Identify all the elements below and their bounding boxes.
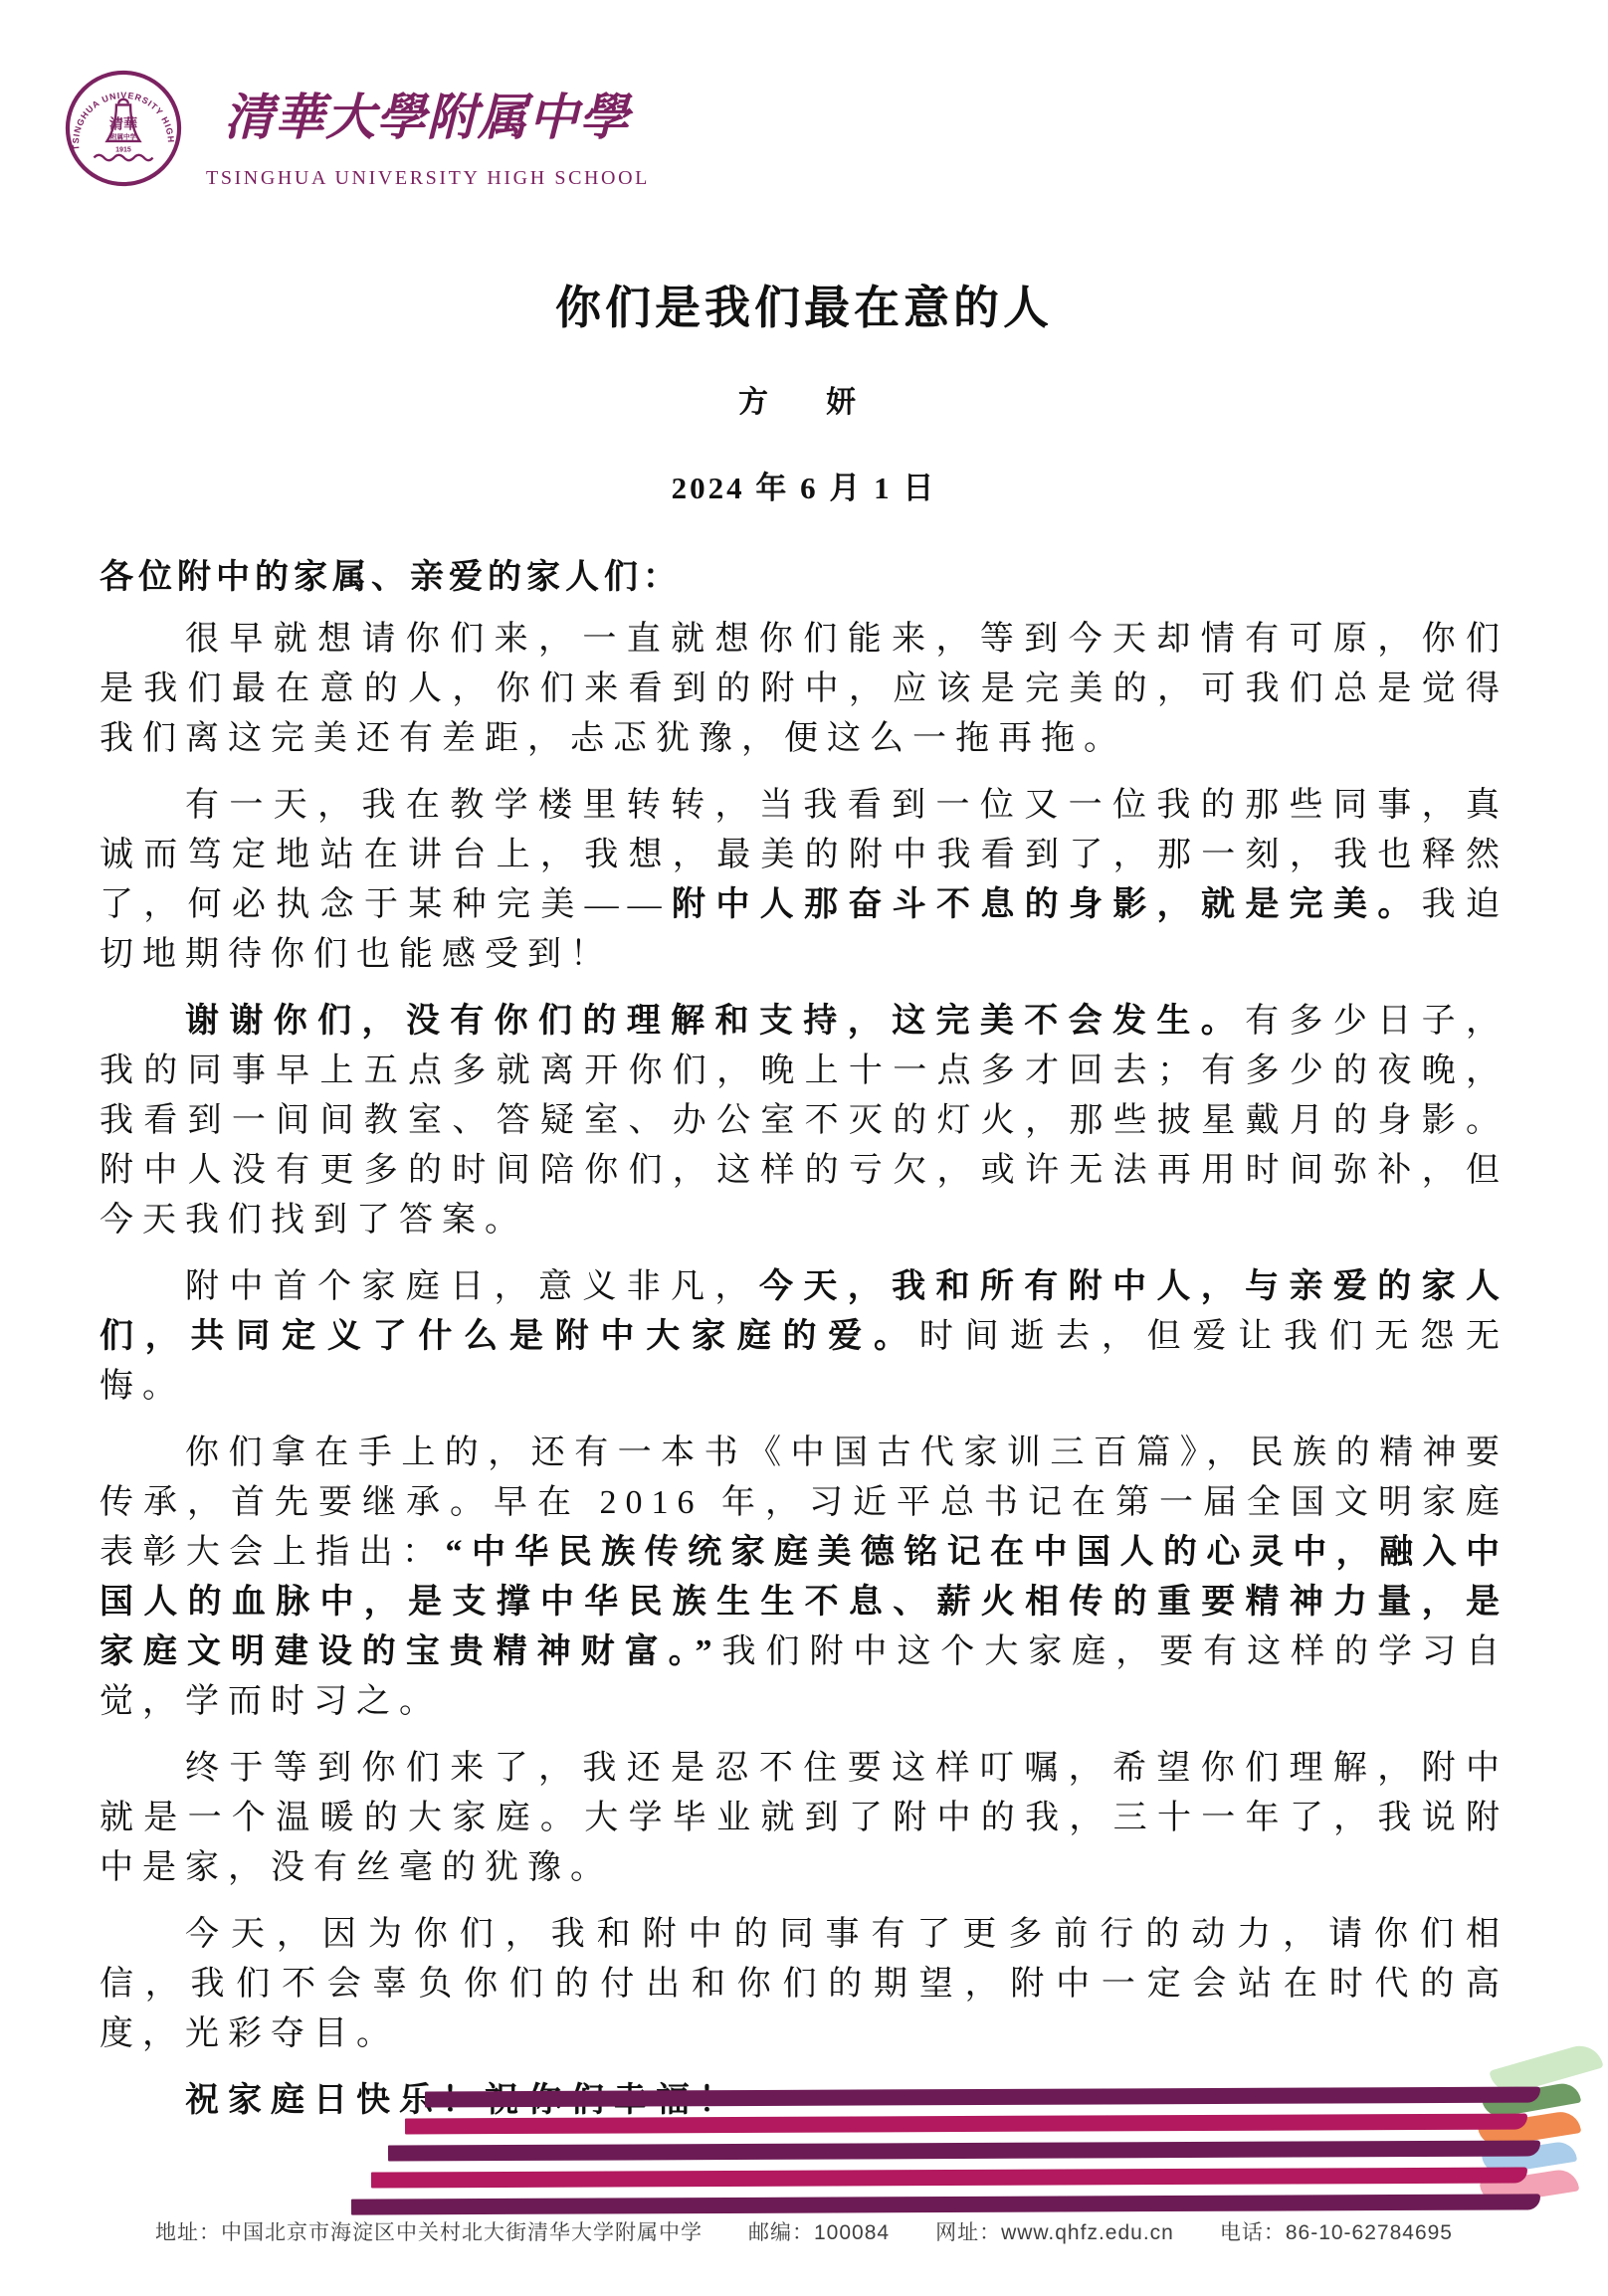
footer-item: 地址：中国北京市海淀区中关村北大街清华大学附属中学: [155, 2216, 703, 2246]
bold-text-segment: 附中人那奋斗不息的身影，就是完美。: [671, 886, 1422, 923]
footer-contact-line: 地址：中国北京市海淀区中关村北大街清华大学附属中学邮编：100084网址：www…: [0, 2216, 1608, 2246]
paragraph: 很早就想请你们来，一直就想你们能来，等到今天却情有可原，你们是我们最在意的人，你…: [100, 615, 1508, 764]
text-segment: 附中首个家庭日，意义非凡，: [185, 1268, 759, 1305]
paragraph: 今天，因为你们，我和附中的同事有了更多前行的动力，请你们相信，我们不会辜负你们的…: [100, 1910, 1508, 2059]
letter-page: TSINGHUA UNIVERSITY HIGH SCHOOL 清華 附属中学 …: [0, 0, 1608, 2296]
text-segment: 终于等到你们来了，我还是忍不住要这样叮嘱，希望你们理解，附中就是一个温暖的大家庭…: [100, 1750, 1508, 1886]
decorative-stripe: [371, 2167, 1527, 2188]
school-seal-logo: TSINGHUA UNIVERSITY HIGH SCHOOL 清華 附属中学 …: [65, 70, 182, 187]
letter-title: 你们是我们最在意的人: [100, 282, 1508, 333]
paragraph: 谢谢你们，没有你们的理解和支持，这完美不会发生。有多少日子，我的同事早上五点多就…: [100, 997, 1508, 1245]
seal-year: 1915: [115, 146, 131, 154]
letter-paragraphs: 很早就想请你们来，一直就想你们能来，等到今天却情有可原，你们是我们最在意的人，你…: [100, 615, 1508, 2126]
paragraph: 祝家庭日快乐！祝你们幸福！: [100, 2076, 1508, 2126]
footer-item: 电话：86-10-62784695: [1220, 2216, 1453, 2246]
footer-item: 网址：www.qhfz.edu.cn: [935, 2216, 1174, 2246]
paragraph: 终于等到你们来了，我还是忍不住要这样叮嘱，希望你们理解，附中就是一个温暖的大家庭…: [100, 1744, 1508, 1893]
school-name-english: TSINGHUA UNIVERSITY HIGH SCHOOL: [206, 167, 650, 190]
decorative-stripe: [388, 2140, 1540, 2161]
seal-band-text: 附属中学: [110, 132, 136, 141]
brand-text-block: 清華大學附属中學 TSINGHUA UNIVERSITY HIGH SCHOOL: [206, 70, 650, 190]
letter-salutation: 各位附中的家属、亲爱的家人们：: [100, 553, 1508, 603]
school-name-calligraphy: 清華大學附属中學: [206, 72, 650, 163]
footer-item: 邮编：100084: [748, 2216, 890, 2246]
seal-bell-handle: [118, 99, 127, 103]
stripe-tip: [1480, 2167, 1580, 2205]
stripe-tip: [1482, 2140, 1577, 2176]
paragraph: 有一天，我在教学楼里转转，当我看到一位又一位我的那些同事，真诚而笃定地站在讲台上…: [100, 781, 1508, 980]
seal-inner-characters: 清華: [109, 116, 137, 133]
bold-text-segment: 谢谢你们，没有你们的理解和支持，这完美不会发生。: [185, 1003, 1245, 1040]
paragraph: 你们拿在手上的，还有一本书《中国古代家训三百篇》，民族的精神要传承，首先要继承。…: [100, 1429, 1508, 1727]
seal-wave-line: [95, 155, 153, 160]
paragraph: 附中首个家庭日，意义非凡，今天，我和所有附中人，与亲爱的家人们，共同定义了什么是…: [100, 1262, 1508, 1412]
decorative-stripe: [351, 2194, 1540, 2214]
letter-author: 方 妍: [100, 377, 1508, 421]
bold-text-segment: 祝家庭日快乐！祝你们幸福！: [185, 2082, 741, 2119]
text-segment: 今天，因为你们，我和附中的同事有了更多前行的动力，请你们相信，我们不会辜负你们的…: [100, 1916, 1508, 2052]
school-header: TSINGHUA UNIVERSITY HIGH SCHOOL 清華 附属中学 …: [65, 70, 650, 190]
letter-content: 你们是我们最在意的人 方 妍 2024 年 6 月 1 日 各位附中的家属、亲爱…: [100, 282, 1508, 2143]
letter-date: 2024 年 6 月 1 日: [100, 463, 1508, 507]
text-segment: 很早就想请你们来，一直就想你们能来，等到今天却情有可原，你们是我们最在意的人，你…: [100, 621, 1508, 757]
